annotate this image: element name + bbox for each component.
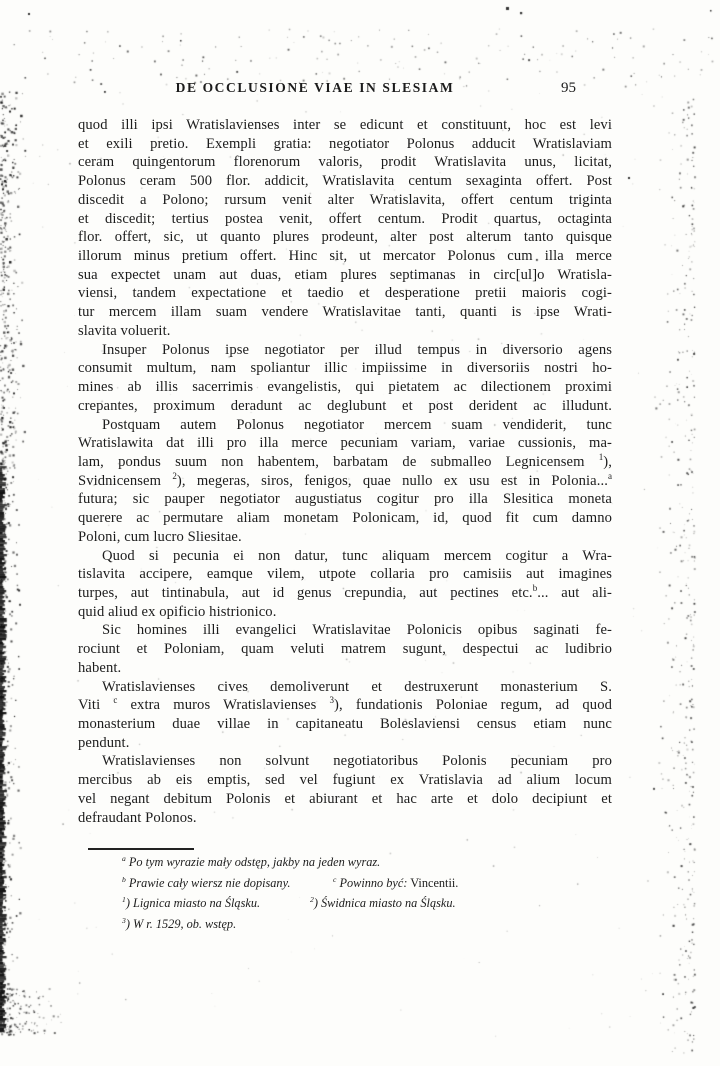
text-line: Quod si pecunia ei non datur, tunc aliqu… — [78, 547, 612, 566]
text-line: Svidnicensem 2), megeras, siros, fenigos… — [78, 472, 612, 491]
text-line: ceram quingentorum florenorum valoris, p… — [78, 153, 612, 172]
text-line: futura; sic pauper negotiator augustiatu… — [78, 490, 612, 509]
text-line: Wratislavienses cives demoliverunt et de… — [78, 678, 612, 697]
text-line: Wratislawita dat illi pro illa merce pec… — [78, 434, 612, 453]
footnote-cell: b Prawie cały wiersz nie dopisany. — [122, 876, 290, 891]
footnote-row: 1) Lignica miasto na Śląsku.2) Świdnica … — [122, 896, 582, 917]
footnote-text: 2) Świdnica miasto na Śląsku. — [310, 896, 456, 910]
footnote-row: a Po tym wyrazie mały odstęp, jakby na j… — [122, 855, 582, 876]
footnote-text: Vincentii. — [407, 876, 458, 890]
text-line: defraudant Polonos. — [78, 809, 612, 828]
text-line: Insuper Polonus ipse negotiator per illu… — [78, 341, 612, 360]
footnote-text: b Prawie cały wiersz nie dopisany. — [122, 876, 290, 890]
text-line: Polonus ceram 500 flor. addicit, Wratisl… — [78, 172, 612, 191]
footnote-cell: 2) Świdnica miasto na Śląsku. — [310, 896, 456, 911]
running-header: DE OCCLUSIONE VIAE IN SLESIAM 95 — [78, 80, 612, 100]
text-line: viensi, tandem expectatione et taedio et… — [78, 284, 612, 303]
footnote-text: a Po tym wyrazie mały odstęp, jakby na j… — [122, 855, 380, 869]
text-line: mercibus ab eis emptis, sed vel fugiunt … — [78, 771, 612, 790]
text-line: Postquam autem Polonus negotiator mercem… — [78, 416, 612, 435]
text-line: consumit multum, nam spoliantur illic im… — [78, 359, 612, 378]
text-line: tur mercem illam suam vendere Wratislavi… — [78, 303, 612, 322]
text-line: flor. offert, sic, ut quanto plures prod… — [78, 228, 612, 247]
text-line: rociunt et Poloniam, quam veluti matrem … — [78, 640, 612, 659]
text-line: mines ab illis sacerrimis evangelistis, … — [78, 378, 612, 397]
text-line: crepantes, proximum deradunt ac deglubun… — [78, 397, 612, 416]
footnote-cell: 1) Lignica miasto na Śląsku. — [122, 896, 260, 911]
text-line: querere ac permutare aliam monetam Polon… — [78, 509, 612, 528]
footnote-row: b Prawie cały wiersz nie dopisany.c Powi… — [122, 876, 582, 897]
page-number: 95 — [561, 80, 576, 97]
text-line: Viti c extra muros Wratislavienses 3), f… — [78, 696, 612, 715]
page-title: DE OCCLUSIONE VIAE IN SLESIAM — [78, 80, 552, 96]
text-line: pendunt. — [78, 734, 612, 753]
text-line: vel negant debitum Polonis et abiurant e… — [78, 790, 612, 809]
text-line: sua expectet unam aut duas, etiam plures… — [78, 266, 612, 285]
text-line: discedit a Polono; rursum venit alter Wr… — [78, 191, 612, 210]
text-line: habent. — [78, 659, 612, 678]
footnote-text: 1) Lignica miasto na Śląsku. — [122, 896, 260, 910]
footnote-row: 3) W r. 1529, ob. wstęp. — [122, 917, 582, 938]
text-line: quod illi ipsi Wratislavienses inter se … — [78, 116, 612, 135]
text-line: turpes, aut tintinabula, aut id genus cr… — [78, 584, 612, 603]
footnote-separator-rule — [88, 848, 194, 850]
footnote-cell: a Po tym wyrazie mały odstęp, jakby na j… — [122, 855, 380, 870]
footnote-cell: c Powinno być: Vincentii. — [333, 876, 458, 891]
footnote-text: 3) W r. 1529, ob. wstęp. — [122, 917, 236, 931]
text-line: Poloni, cum lucro Sliesitae. — [78, 528, 612, 547]
text-line: et exili pretio. Exempli gratia: negotia… — [78, 135, 612, 154]
footnote-text: c Powinno być: — [333, 876, 407, 890]
scanned-book-page: DE OCCLUSIONE VIAE IN SLESIAM 95 quod il… — [0, 0, 720, 1066]
text-line: monasterium duae villae in capitaneatu B… — [78, 715, 612, 734]
text-line: tislavita accipere, eamque vilem, utpote… — [78, 565, 612, 584]
text-line: et discedit; tertius postea venit, offer… — [78, 210, 612, 229]
text-line: Wratislavienses non solvunt negotiatorib… — [78, 752, 612, 771]
text-line: Sic homines illi evangelici Wratislavita… — [78, 621, 612, 640]
text-line: lam, pondus suum non habentem, barbatam … — [78, 453, 612, 472]
text-line: slavita voluerit. — [78, 322, 612, 341]
text-line: quid aliud ex opificio histrionico. — [78, 603, 612, 622]
footnotes-block: a Po tym wyrazie mały odstęp, jakby na j… — [122, 855, 582, 937]
text-line: illorum minus pretium offert. Hinc sit, … — [78, 247, 612, 266]
body-text-block: quod illi ipsi Wratislavienses inter se … — [78, 116, 612, 827]
footnote-cell: 3) W r. 1529, ob. wstęp. — [122, 917, 236, 932]
